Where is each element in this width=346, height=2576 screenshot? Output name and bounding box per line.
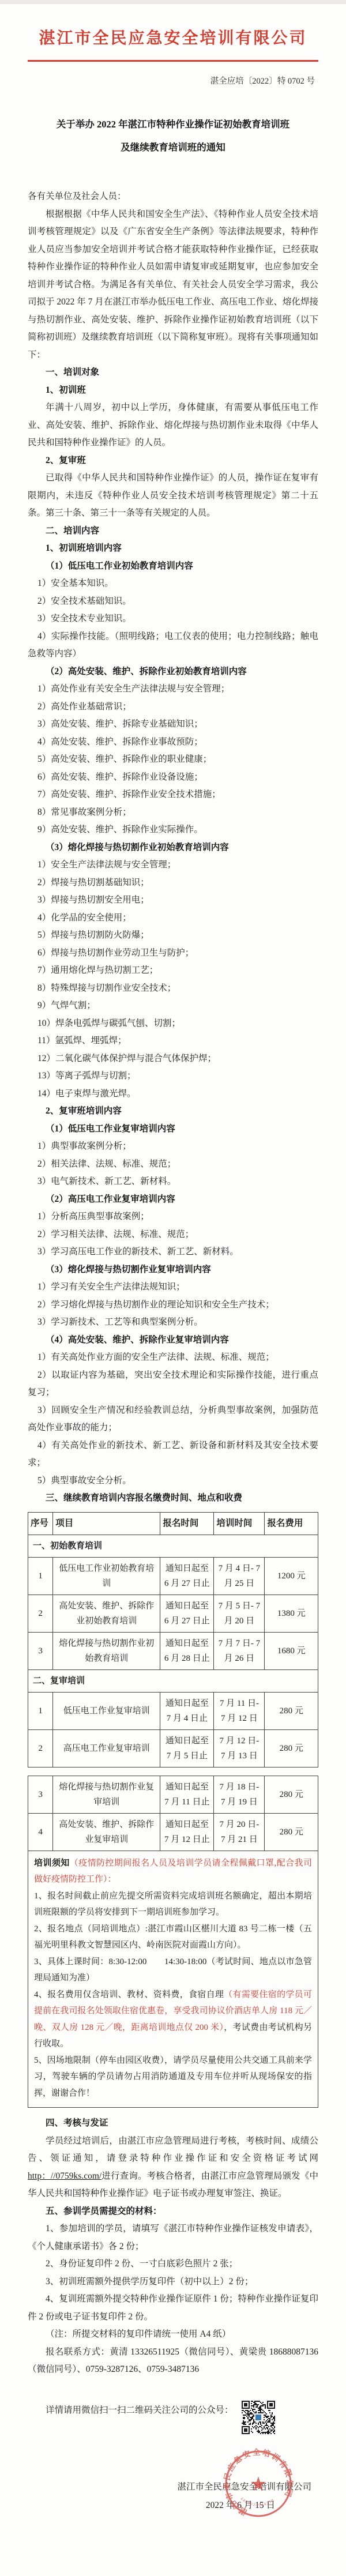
table-group-row-initial: 一、初始教育培训 xyxy=(28,1535,318,1557)
cell-signup: 通知日起至 7 月 5 日止 xyxy=(160,1729,214,1767)
list-item: 7）高处安装、维护、拆除作业安全技术措施； xyxy=(28,786,318,804)
notice-item-3: 3、具体上课时间：8:30-12:00 14:30-18:00（考试时间、地点以… xyxy=(34,1954,312,1987)
list-item: 6）焊接与热切割作业劳动卫生与防护； xyxy=(28,945,318,962)
col-header-item: 项目 xyxy=(53,1512,160,1535)
cell-signup: 通知日起至 6 月 27 日止 xyxy=(160,1595,214,1632)
fee-table-page2: 3 熔化焊接与热切割作业复审培训 通知日起至 7 月 11 日止 7 月 18 … xyxy=(28,1776,318,1851)
cell-no: 4 xyxy=(28,1813,53,1851)
cell-fee: 280 元 xyxy=(265,1813,318,1851)
list-item: 10）焊条电弧焊与碳弧气刨、切割； xyxy=(28,1015,318,1033)
list-item: 5）典型事故安全分析。 xyxy=(28,1472,318,1490)
list-item: 8）常见事故案例分析； xyxy=(28,804,318,822)
cell-time: 7 月 5 日- 7 月 20 日 xyxy=(214,1595,265,1632)
section4-text-a: 学员经过培训后，由湛江市应急管理局进行考核，考核时间、成绩公告、领证通知，请登录… xyxy=(28,2136,318,2164)
notice-item-2: 2、报名地点（同培训地点）:湛江市霞山区椹川大道 83 号二栋一楼（五福光明里科… xyxy=(34,1921,312,1954)
cell-signup: 通知日起至 7 月 4 日止 xyxy=(160,1692,214,1729)
cell-item: 熔化焊接与热切割作业初始教育培训 xyxy=(53,1632,160,1669)
letterhead-rule xyxy=(28,60,318,62)
section3-heading: 三、继续教育培训内容报名缴费时间、地点和收费 xyxy=(28,1490,318,1507)
cell-fee: 280 元 xyxy=(265,1729,318,1767)
cell-fee: 280 元 xyxy=(265,1776,318,1813)
list-item: 2）以取证内容为基础，突出安全技术理论和实际操作技能，进行重点复习； xyxy=(28,1367,318,1402)
notice-item-4-black: 4、报名费用仅含培训、教材、资料费，食宿自理 xyxy=(34,1990,224,1999)
fee-table-page1: 序号 项目 报名时间 培训时间 报名费用 一、初始教育培训 1 低压电工作业初始… xyxy=(28,1512,318,1768)
section1-sub1-heading: 1、初训班 xyxy=(28,382,318,400)
list-item: 9）气焊气割； xyxy=(28,997,318,1015)
review-group1-items: 1）典型事故案例分析；2）相关法律、法规、标准、规范；3）电气新技术、新工艺、新… xyxy=(28,1138,318,1191)
qr-caption: 详情请用微信扫一扫二维码关注公司的公众号： xyxy=(28,2402,234,2419)
review-group2-items: 1）分析高压典型事故案例；2）学习相关法律、法规、标准、规范；3）学习高压电工作… xyxy=(28,1208,318,1261)
cell-no: 3 xyxy=(28,1776,53,1813)
cell-signup: 通知日起至 6 月 28 日止 xyxy=(160,1632,214,1669)
list-item: 6）高处安装、维护、拆除作业设备设施； xyxy=(28,769,318,787)
table-row: 1 低压电工作业初始教育培训 通知日起至 6 月 27 日止 7 月 4 日- … xyxy=(28,1557,318,1595)
list-item: 3）高处安装、维护、拆除专业基础知识； xyxy=(28,716,318,734)
list-item: 2）安全技术基础知识。 xyxy=(28,593,318,611)
list-item: 1）典型事故案例分析； xyxy=(28,1138,318,1156)
material-item: 3、初训班需额外提供学历复印件（初中以上）2 份； xyxy=(28,2273,318,2291)
qr-section: 详情请用微信扫一扫二维码关注公司的公众号： xyxy=(28,2402,318,2435)
list-item: 3）回顾安全生产情况和经验教训总结，分析典型事故案例，加强防范高处作业事故的能力… xyxy=(28,1402,318,1437)
section1-sub2-paragraph: 已取得《中华人民共和国特种作业操作证》的人员，操作证在复审有限期内，未违反《特种… xyxy=(28,469,318,522)
group-label: 二、复审培训 xyxy=(28,1669,318,1692)
list-item: 2）高处作业基础常识； xyxy=(28,698,318,716)
initial-training-rows: 1 低压电工作业初始教育培训 通知日起至 6 月 27 日止 7 月 4 日- … xyxy=(28,1557,318,1669)
review-training-rows-page2: 3 熔化焊接与热切割作业复审培训 通知日起至 7 月 11 日止 7 月 18 … xyxy=(28,1776,318,1851)
review-group4-items: 1）有关高处作业方面的安全生产法律、法规、标准、规范；2）以取证内容为基础，突出… xyxy=(28,1349,318,1490)
cell-no: 2 xyxy=(28,1595,53,1632)
cell-time: 7 月 11 日- 7 月 12 日 xyxy=(214,1692,265,1729)
init-group2-heading: （2）高处安装、维护、拆除作业初始教育培训内容 xyxy=(28,663,318,681)
cell-item: 高处安装、维护、拆除作业初始教育培训 xyxy=(53,1595,160,1632)
document-title: 关于举办 2022 年湛江市特种作业操作证初始教育培训班 及继续教育培训班的通知 xyxy=(28,113,318,159)
list-item: 14）电子束焊与激光焊。 xyxy=(28,1085,318,1103)
section4-heading: 四、考核与发证 xyxy=(28,2115,318,2133)
list-item: 4）化学品的安全使用； xyxy=(28,909,318,927)
table-row: 1 低压电工作业复审培训 通知日起至 7 月 4 日止 7 月 11 日- 7 … xyxy=(28,1692,318,1729)
cell-fee: 1380 元 xyxy=(265,1595,318,1632)
list-item: 12）二氧化碳气体保护焊与混合气体保护焊； xyxy=(28,1050,318,1068)
intro-paragraph: 根据根据《中华人民共和国安全生产法》、《特种作业人员安全技术培训考核管理规定》以… xyxy=(28,206,318,364)
list-item: 3）学习高压电工作业的新技术、新工艺、新材料。 xyxy=(28,1243,318,1261)
list-item: 3）安全技术专业知识。 xyxy=(28,610,318,628)
list-item: 1）安全基本知识。 xyxy=(28,575,318,593)
stamp-digits: 4408024044218 xyxy=(239,2496,275,2507)
signature-block: 湛江市全民应急安全培训有限公司 2022 年 6 月 15 日 湛江市全民应急安… xyxy=(28,2478,318,2576)
section1-sub1-paragraph: 年满十八周岁，初中以上学历，身体健康，有需要从事低压电工作业、高处安装、维护、拆… xyxy=(28,399,318,452)
list-item: 1）安全生产法律法规与安全管理； xyxy=(28,856,318,874)
list-item: 5）高处安装、维护、拆除作业的职业健康； xyxy=(28,751,318,769)
list-item: 1）分析高压典型事故案例； xyxy=(28,1208,318,1226)
material-item: 4、复训班需额外提交特种作业操作证原件 1 份；特种作业操作证复印件 2 份或电… xyxy=(28,2291,318,2326)
wechat-qr-code xyxy=(242,2400,275,2435)
list-item: 9）高处安装、维护、拆除作业实际操作。 xyxy=(28,821,318,839)
section1-sub2-heading: 2、复审班 xyxy=(28,452,318,470)
salutation: 各有关单位及社会人员： xyxy=(28,188,318,206)
cell-time: 7 月 4 日- 7 月 25 日 xyxy=(214,1557,265,1595)
notice-item-5: 5、因场地限制（停车由园区收费），请学员尽量使用公共交通工具前来学习，驾驶车辆的… xyxy=(34,2052,312,2102)
material-item: 1、参加培训的学员，请填写《湛江市特种作业操作证核发申请表》，《个人健康承诺书》… xyxy=(28,2220,318,2255)
cell-fee: 280 元 xyxy=(265,1692,318,1729)
scan-edge xyxy=(0,0,346,4)
notice-item-1: 1、报名时间截止前应先提交所需资料完成培训班名额确定，超出本期培训班限额的学员将… xyxy=(34,1888,312,1921)
cell-item: 高处安装、维护、拆除作业复审培训 xyxy=(53,1813,160,1851)
material-item: 2、身份证复印件 2 份、一寸白底彩色照片 2 张； xyxy=(28,2255,318,2273)
init-group3-heading: （3）熔化焊接与热切割作业初始教育培训内容 xyxy=(28,839,318,857)
list-item: 3）电气新技术、新工艺、新材料。 xyxy=(28,1173,318,1191)
cell-fee: 1200 元 xyxy=(265,1557,318,1595)
cell-item: 熔化焊接与热切割作业复审培训 xyxy=(53,1776,160,1813)
a4-note: （注：所提交材料的复印件请统一使用 A4 纸） xyxy=(28,2326,318,2344)
fee-table-header-row: 序号 项目 报名时间 培训时间 报名费用 xyxy=(28,1512,318,1535)
review-group3-items: 1）学习有关安全生产法律法规知识；2）学习熔化焊接与热切割作业的理论知识和安全生… xyxy=(28,1278,318,1332)
init-group1-items: 1）安全基本知识。2）安全技术基础知识。3）安全技术专业知识。4）实际操作技能。… xyxy=(28,575,318,663)
cell-no: 2 xyxy=(28,1729,53,1767)
review-group2-heading: （2）高压电工作业复审培训内容 xyxy=(28,1191,318,1209)
svg-text:4408024044218: 4408024044218 xyxy=(239,2496,275,2507)
init-group3-items: 1）安全生产法律法规与安全管理；2）焊接与热切割基础知识；3）焊接与热切割安全用… xyxy=(28,856,318,1103)
cell-fee: 1680 元 xyxy=(265,1632,318,1669)
section5-items: 1、参加培训的学员，请填写《湛江市特种作业操作证核发申请表》，《个人健康承诺书》… xyxy=(28,2220,318,2326)
cell-time: 7 月 18 日- 7 月 19 日 xyxy=(214,1776,265,1813)
cell-signup: 通知日起至 7 月 12 日止 xyxy=(160,1813,214,1851)
notice-label: 培训须知 xyxy=(34,1859,70,1868)
list-item: 4）有关高处作业的新技术、新工艺、新设备和新材料及其安全技术要求； xyxy=(28,1437,318,1472)
section5-heading: 五、参训学员需提交的材料： xyxy=(28,2203,318,2221)
cell-signup: 通知日起至 6 月 27 日止 xyxy=(160,1557,214,1595)
col-header-signup: 报名时间 xyxy=(160,1512,214,1535)
cell-no: 1 xyxy=(28,1692,53,1729)
table-row: 2 高压电工作业复审培训 通知日起至 7 月 5 日止 7 月 12 日- 7 … xyxy=(28,1729,318,1767)
section1-heading: 一、培训对象 xyxy=(28,364,318,382)
col-header-fee: 报名费用 xyxy=(265,1512,318,1535)
table-group-row-review: 二、复审培训 xyxy=(28,1669,318,1692)
list-item: 8）特殊焊接与切割作业安全技术； xyxy=(28,980,318,998)
list-item: 2）焊接与热切割基础知识； xyxy=(28,874,318,892)
cell-time: 7 月 12 日- 7 月 13 日 xyxy=(214,1729,265,1767)
col-header-time: 培训时间 xyxy=(214,1512,265,1535)
cell-item: 低压电工作业初始教育培训 xyxy=(53,1557,160,1595)
section4-paragraph: 学员经过培训后，由湛江市应急管理局进行考核，考核时间、成绩公告、领证通知，请登录… xyxy=(28,2133,318,2203)
cell-time: 7 月 7 日- 7 月 26 日 xyxy=(214,1632,265,1669)
init-content-heading: 1、初训班培训内容 xyxy=(28,540,318,558)
cell-item: 低压电工作业复审培训 xyxy=(53,1692,160,1729)
title-line-2: 及继续教育培训班的通知 xyxy=(28,136,318,159)
col-header-no: 序号 xyxy=(28,1512,53,1535)
table-row: 3 熔化焊接与热切割作业初始教育培训 通知日起至 6 月 28 日止 7 月 7… xyxy=(28,1632,318,1669)
review-group1-heading: （1）低压电工作业复审培训内容 xyxy=(28,1120,318,1138)
init-group1-heading: （1）低压电工作业初始教育培训内容 xyxy=(28,558,318,576)
review-group3-heading: （3）熔化焊接与热切割作业复审培训内容 xyxy=(28,1261,318,1279)
review-content-heading: 2、复审班培训内容 xyxy=(28,1103,318,1120)
section2-heading: 二、培训内容 xyxy=(28,522,318,540)
company-seal-stamp: 湛江市全民应急安全培训有限公司 ★ 4408024044218 xyxy=(223,2448,294,2519)
list-item: 1）有关高处作业方面的安全生产法律、法规、标准、规范； xyxy=(28,1349,318,1367)
contact-line: 报名联系方式：黄清 13326511925（微信同号）、黄梁贵 18688087… xyxy=(28,2344,318,2379)
cell-item: 高压电工作业复审培训 xyxy=(53,1729,160,1767)
notice-item-4: 4、报名费用仅含培训、教材、资料费，食宿自理（有需要住宿的学员可提前在我司报名处… xyxy=(34,1987,312,2052)
letterhead-company-name: 湛江市全民应急安全培训有限公司 xyxy=(28,25,318,48)
cell-time: 7 月 20 日- 7 月 21 日 xyxy=(214,1813,265,1851)
list-item: 3）焊接与热切割安全用电； xyxy=(28,892,318,909)
title-line-1: 关于举办 2022 年湛江市特种作业操作证初始教育培训班 xyxy=(28,113,318,136)
list-item: 5）焊接与热切割防火防爆； xyxy=(28,927,318,945)
stamp-star-icon: ★ xyxy=(250,2474,267,2495)
list-item: 2）相关法律、法规、标准、规范； xyxy=(28,1156,318,1174)
table-row: 3 熔化焊接与热切割作业复审培训 通知日起至 7 月 11 日止 7 月 18 … xyxy=(28,1776,318,1813)
list-item: 11）氩弧焊、埋弧焊； xyxy=(28,1032,318,1050)
exam-site-url: http：//0759ks.com/ xyxy=(28,2171,101,2181)
training-notice-box: 培训须知（疫情防控期间报名人员及培训学员请全程佩戴口罩,配合我司做好疫情防控工作… xyxy=(28,1851,318,2108)
list-item: 7）通用熔化焊与热切割工艺； xyxy=(28,962,318,980)
list-item: 2）学习相关法律、法规、标准、规范； xyxy=(28,1226,318,1244)
init-group2-items: 1）高处作业有关安全生产法律法规与安全管理；2）高处作业基础常识；3）高处安装、… xyxy=(28,680,318,839)
scan-page-break xyxy=(28,1768,318,1776)
notice-red-intro: （疫情防控期间报名人员及培训学员请全程佩戴口罩,配合我司做好疫情防控工作）： xyxy=(34,1859,312,1885)
list-item: 4）实际操作技能。（照明线路；电工仪表的使用；电力控制线路；触电急救等内容） xyxy=(28,628,318,663)
cell-signup: 通知日起至 7 月 11 日止 xyxy=(160,1776,214,1813)
document-page: 湛江市全民应急安全培训有限公司 湛全应培〔2022〕特 0702 号 关于举办 … xyxy=(0,25,346,2576)
review-training-rows-page1: 1 低压电工作业复审培训 通知日起至 7 月 4 日止 7 月 11 日- 7 … xyxy=(28,1692,318,1767)
document-number: 湛全应培〔2022〕特 0702 号 xyxy=(28,74,318,87)
cell-no: 3 xyxy=(28,1632,53,1669)
list-item: 13）等离子弧焊与切割； xyxy=(28,1067,318,1085)
list-item: 1）学习有关安全生产法律法规知识； xyxy=(28,1278,318,1296)
group-label: 一、初始教育培训 xyxy=(28,1535,318,1557)
list-item: 2）学习熔化焊接与热切割作业的理论知识和安全生产技术； xyxy=(28,1296,318,1314)
table-row: 2 高处安装、维护、拆除作业初始教育培训 通知日起至 6 月 27 日止 7 月… xyxy=(28,1595,318,1632)
cell-no: 1 xyxy=(28,1557,53,1595)
document-body: 各有关单位及社会人员： 根据根据《中华人民共和国安全生产法》、《特种作业人员安全… xyxy=(28,188,318,2576)
list-item: 4）高处安装、维护、拆除作业事故预防； xyxy=(28,734,318,751)
table-row: 4 高处安装、维护、拆除作业复审培训 通知日起至 7 月 12 日止 7 月 2… xyxy=(28,1813,318,1851)
review-group4-heading: （4）高处安装、维护、拆除作业复审培训内容 xyxy=(28,1332,318,1349)
list-item: 1）高处作业有关安全生产法律法规与安全管理； xyxy=(28,680,318,698)
notice-intro-line: 培训须知（疫情防控期间报名人员及培训学员请全程佩戴口罩,配合我司做好疫情防控工作… xyxy=(34,1855,312,1888)
list-item: 3）学习新技术、工艺等和典型案例分析。 xyxy=(28,1314,318,1332)
